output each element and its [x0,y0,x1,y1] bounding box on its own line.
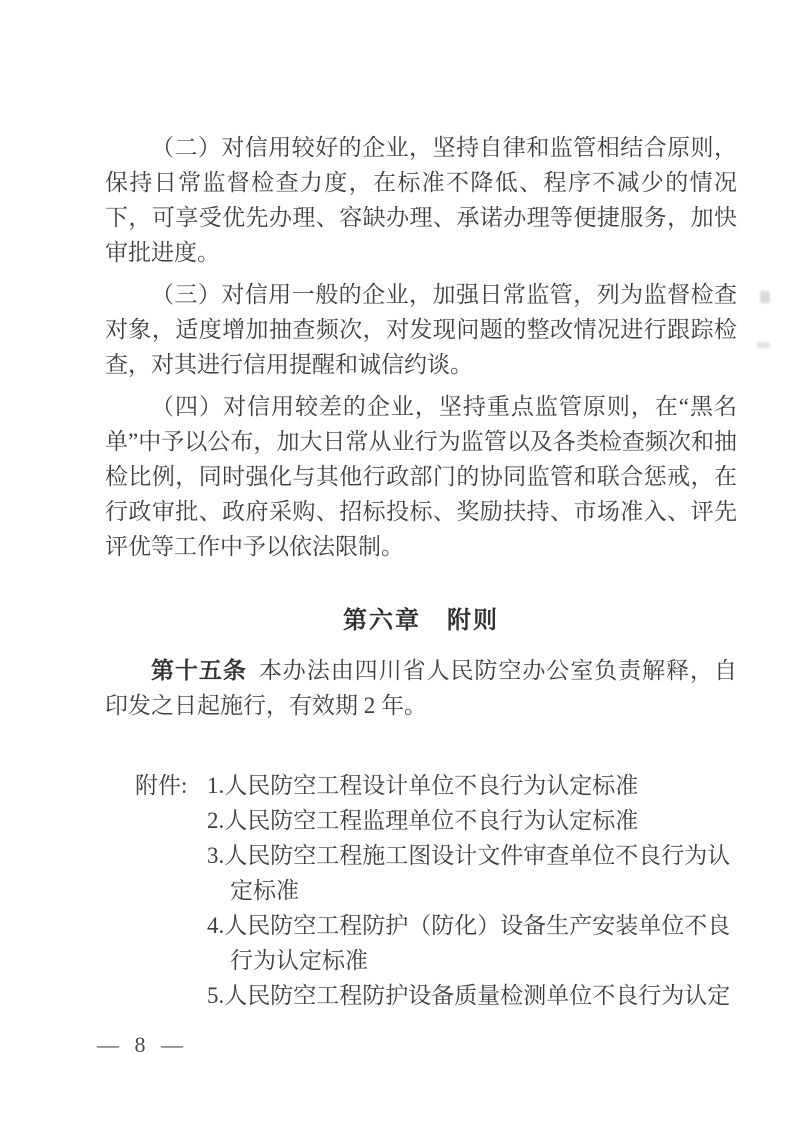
attachments-list: 1.人民防空工程设计单位不良行为认定标准 2.人民防空工程监理单位不良行为认定标… [207,768,737,1013]
paragraph-item-4: （四）对信用较差的企业，坚持重点监管原则，在“黑名单”中予以公布，加大日常从业行… [105,389,737,564]
attachment-item-1: 1.人民防空工程设计单位不良行为认定标准 [207,768,737,803]
attachment-item-5: 5.人民防空工程防护设备质量检测单位不良行为认定 [207,978,737,1013]
article-15-paragraph: 第十五条本办法由四川省人民防空办公室负责解释，自印发之日起施行，有效期 2 年。 [105,653,737,723]
attachment-item-2: 2.人民防空工程监理单位不良行为认定标准 [207,803,737,838]
page-number: — 8 — [97,1032,184,1058]
paragraph-item-2: （二）对信用较好的企业，坚持自律和监管相结合原则，保持日常监督检查力度，在标准不… [105,130,737,270]
attachments-section: 附件: 1.人民防空工程设计单位不良行为认定标准 2.人民防空工程监理单位不良行… [105,768,737,1013]
paragraph-item-3: （三）对信用一般的企业，加强日常监管，列为监督检查对象，适度增加抽查频次，对发现… [105,277,737,382]
scan-artifact [757,342,770,348]
document-body: （二）对信用较好的企业，坚持自律和监管相结合原则，保持日常监督检查力度，在标准不… [105,130,737,1013]
attachment-item-4: 4.人民防空工程防护（防化）设备生产安装单位不良行为认定标准 [207,908,737,978]
scan-artifact [760,291,770,303]
document-page: （二）对信用较好的企业，坚持自律和监管相结合原则，保持日常监督检查力度，在标准不… [0,0,793,1122]
chapter-heading: 第六章 附则 [105,604,737,639]
attachments-label: 附件: [135,768,207,1013]
article-15-label: 第十五条 [151,658,247,683]
attachment-item-3: 3.人民防空工程施工图设计文件审查单位不良行为认定标准 [207,838,737,908]
